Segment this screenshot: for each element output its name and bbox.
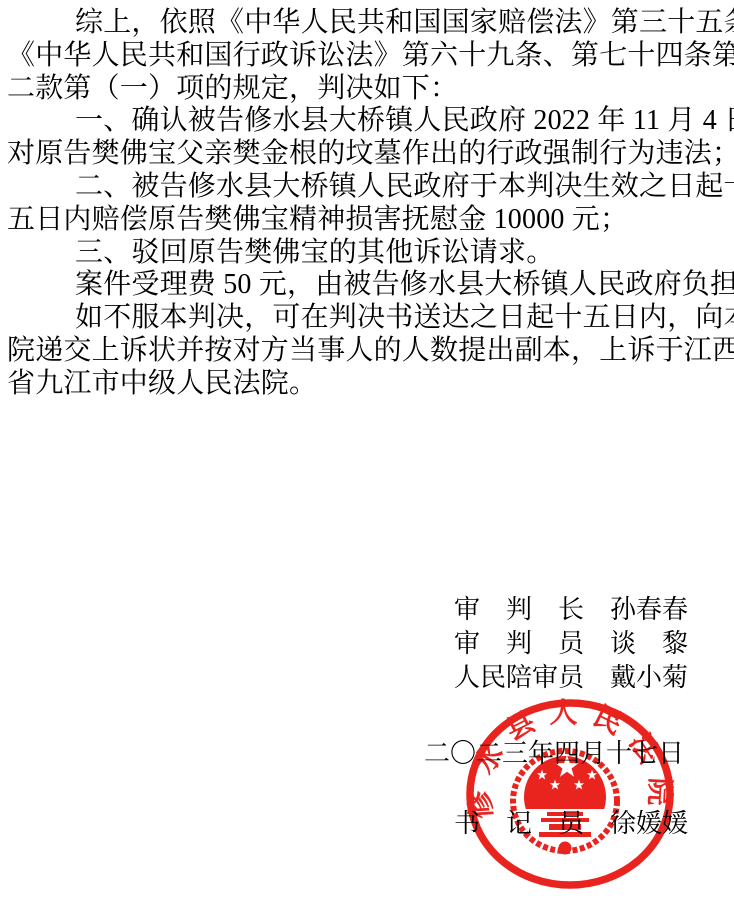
body-line: 一、确认被告修水县大桥镇人民政府 2022 年 11 月 4 日	[7, 105, 721, 138]
body-line: 《中华人民共和国行政诉讼法》第六十九条、第七十四条第	[7, 40, 721, 73]
body-line: 二、被告修水县大桥镇人民政府于本判决生效之日起十	[7, 171, 721, 204]
signature-block: 审 判 长 孙春春 审 判 员 谈 黎 人民陪审员 戴小菊	[454, 593, 688, 695]
body-line: 如不服本判决，可在判决书送达之日起十五日内，向本	[7, 302, 721, 335]
body-line: 院递交上诉状并按对方当事人的人数提出副本，上诉于江西	[7, 335, 721, 368]
judge-line: 审 判 员 谈 黎	[454, 627, 688, 661]
peoples-assessor-line: 人民陪审员 戴小菊	[454, 661, 688, 695]
presiding-judge-line: 审 判 长 孙春春	[454, 593, 688, 627]
china-national-emblem-icon	[513, 751, 617, 855]
court-seal-graphic: 修水县人民法院	[462, 695, 678, 893]
body-line: 对原告樊佛宝父亲樊金根的坟墓作出的行政强制行为违法；	[7, 138, 721, 171]
judgment-page: 综上，依照《中华人民共和国国家赔偿法》第三十五条、 《中华人民共和国行政诉讼法》…	[0, 0, 734, 914]
body-line: 二款第（一）项的规定，判决如下：	[7, 73, 721, 106]
court-seal: 修水县人民法院	[462, 695, 678, 893]
body-line: 五日内赔偿原告樊佛宝精神损害抚慰金 10000 元；	[7, 204, 721, 237]
judgment-body: 综上，依照《中华人民共和国国家赔偿法》第三十五条、 《中华人民共和国行政诉讼法》…	[7, 7, 721, 401]
body-line: 案件受理费 50 元，由被告修水县大桥镇人民政府负担。	[7, 269, 721, 302]
body-line: 省九江市中级人民法院。	[7, 368, 721, 401]
body-line: 综上，依照《中华人民共和国国家赔偿法》第三十五条、	[7, 7, 721, 40]
body-line: 三、驳回原告樊佛宝的其他诉讼请求。	[7, 237, 721, 270]
